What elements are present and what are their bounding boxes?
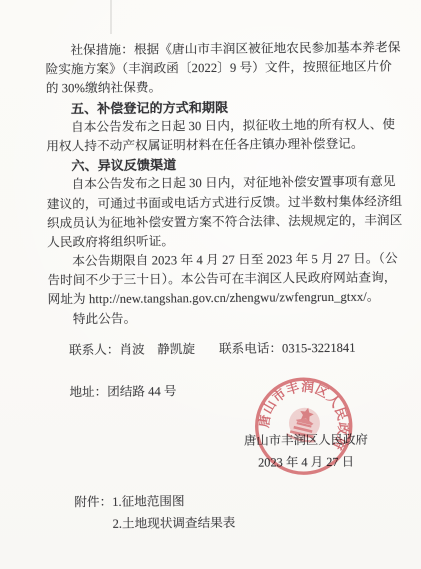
- issue-date: 2023 年 4 月 27 日: [242, 451, 370, 474]
- attachment-row: 附件：1.征地范围图: [74, 491, 235, 514]
- scanned-document-page: 社保措施：根据《唐山市丰润区被征地农民参加基本养老保 险实施方案》（丰润政函〔2…: [0, 0, 421, 569]
- body-line: 险实施方案》（丰润政函〔2022〕9 号）文件，按照征地区片价: [46, 58, 396, 80]
- attachments-label: 附件：: [74, 495, 112, 509]
- contact-row: 地址：团结路 44 号: [48, 358, 398, 382]
- contact-phone: 联系电话：0315-3221841: [219, 338, 356, 360]
- body-line: 自本公告发布之日起 30 日内，对征地补偿安置事项有意见: [47, 173, 397, 195]
- contact-block: 联系人：肖波 静凯旋 联系电话：0315-3221841 地址：团结路 44 号: [48, 337, 398, 382]
- notice-body: 社保措施：根据《唐山市丰润区被征地农民参加基本养老保 险实施方案》（丰润政函〔2…: [45, 38, 397, 329]
- contact-row: 联系人：肖波 静凯旋 联系电话：0315-3221841: [48, 337, 398, 361]
- notice-url-line: 网址为 http://new.tangshan.gov.cn/zhengwu/z…: [48, 288, 398, 310]
- attachments-block: 附件：1.征地范围图 2.土地现状调查结果表: [74, 491, 235, 535]
- attachment-item: 1.征地范围图: [112, 494, 185, 509]
- document-content: 社保措施：根据《唐山市丰润区被征地农民参加基本养老保 险实施方案》（丰润政函〔2…: [0, 0, 421, 569]
- body-line: 织成员认为征地补偿安置方案不符合法律、法规规定的，丰润区: [47, 211, 397, 233]
- closing-line: 特此公告。: [48, 307, 398, 329]
- contact-person: 联系人：肖波 静凯旋: [69, 339, 195, 361]
- attachment-item: 2.土地现状调查结果表: [113, 515, 236, 530]
- body-line: 用权人持不动产权属证明材料在任各庄镇办理补偿登记。: [46, 134, 396, 156]
- attachment-row: 2.土地现状调查结果表: [74, 512, 235, 535]
- body-line: 建议的，可通过书面或电话方式进行反馈。过半数村集体经济组: [47, 192, 397, 214]
- signature-block: 唐山市丰润区人民政府 2023 年 4 月 27 日: [242, 430, 370, 474]
- issuer-name: 唐山市丰润区人民政府: [242, 430, 370, 453]
- contact-address: 地址：团结路 44 号: [69, 381, 176, 403]
